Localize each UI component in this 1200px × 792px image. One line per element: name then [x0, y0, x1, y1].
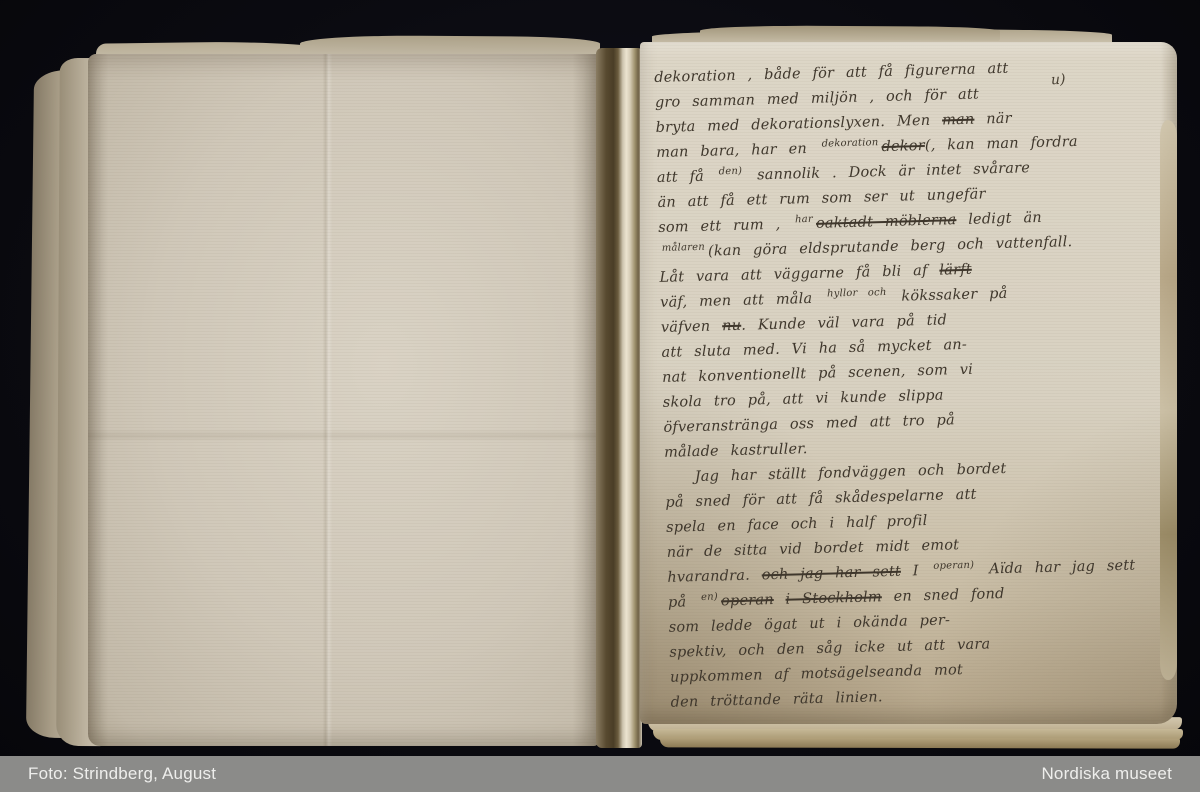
- manuscript-lines: dekoration , både för att få figurerna a…: [654, 54, 1131, 716]
- caption-bar: Foto: Strindberg, August Nordiska museet: [0, 756, 1200, 792]
- right-manuscript-page: u) dekoration , både för att få figurern…: [640, 42, 1177, 724]
- book-spine-gutter: [596, 48, 642, 748]
- photo-background: u) dekoration , både för att få figurern…: [0, 0, 1200, 792]
- left-blank-page: [88, 54, 598, 746]
- photo-credit-label: Foto: Strindberg, August: [28, 764, 216, 784]
- institution-label: Nordiska museet: [1041, 764, 1172, 784]
- right-page-bottom-edge-stack-3: [660, 737, 1180, 748]
- right-page-top-edge-stack-2: [700, 25, 1000, 41]
- right-page-fore-edge: [1160, 120, 1177, 680]
